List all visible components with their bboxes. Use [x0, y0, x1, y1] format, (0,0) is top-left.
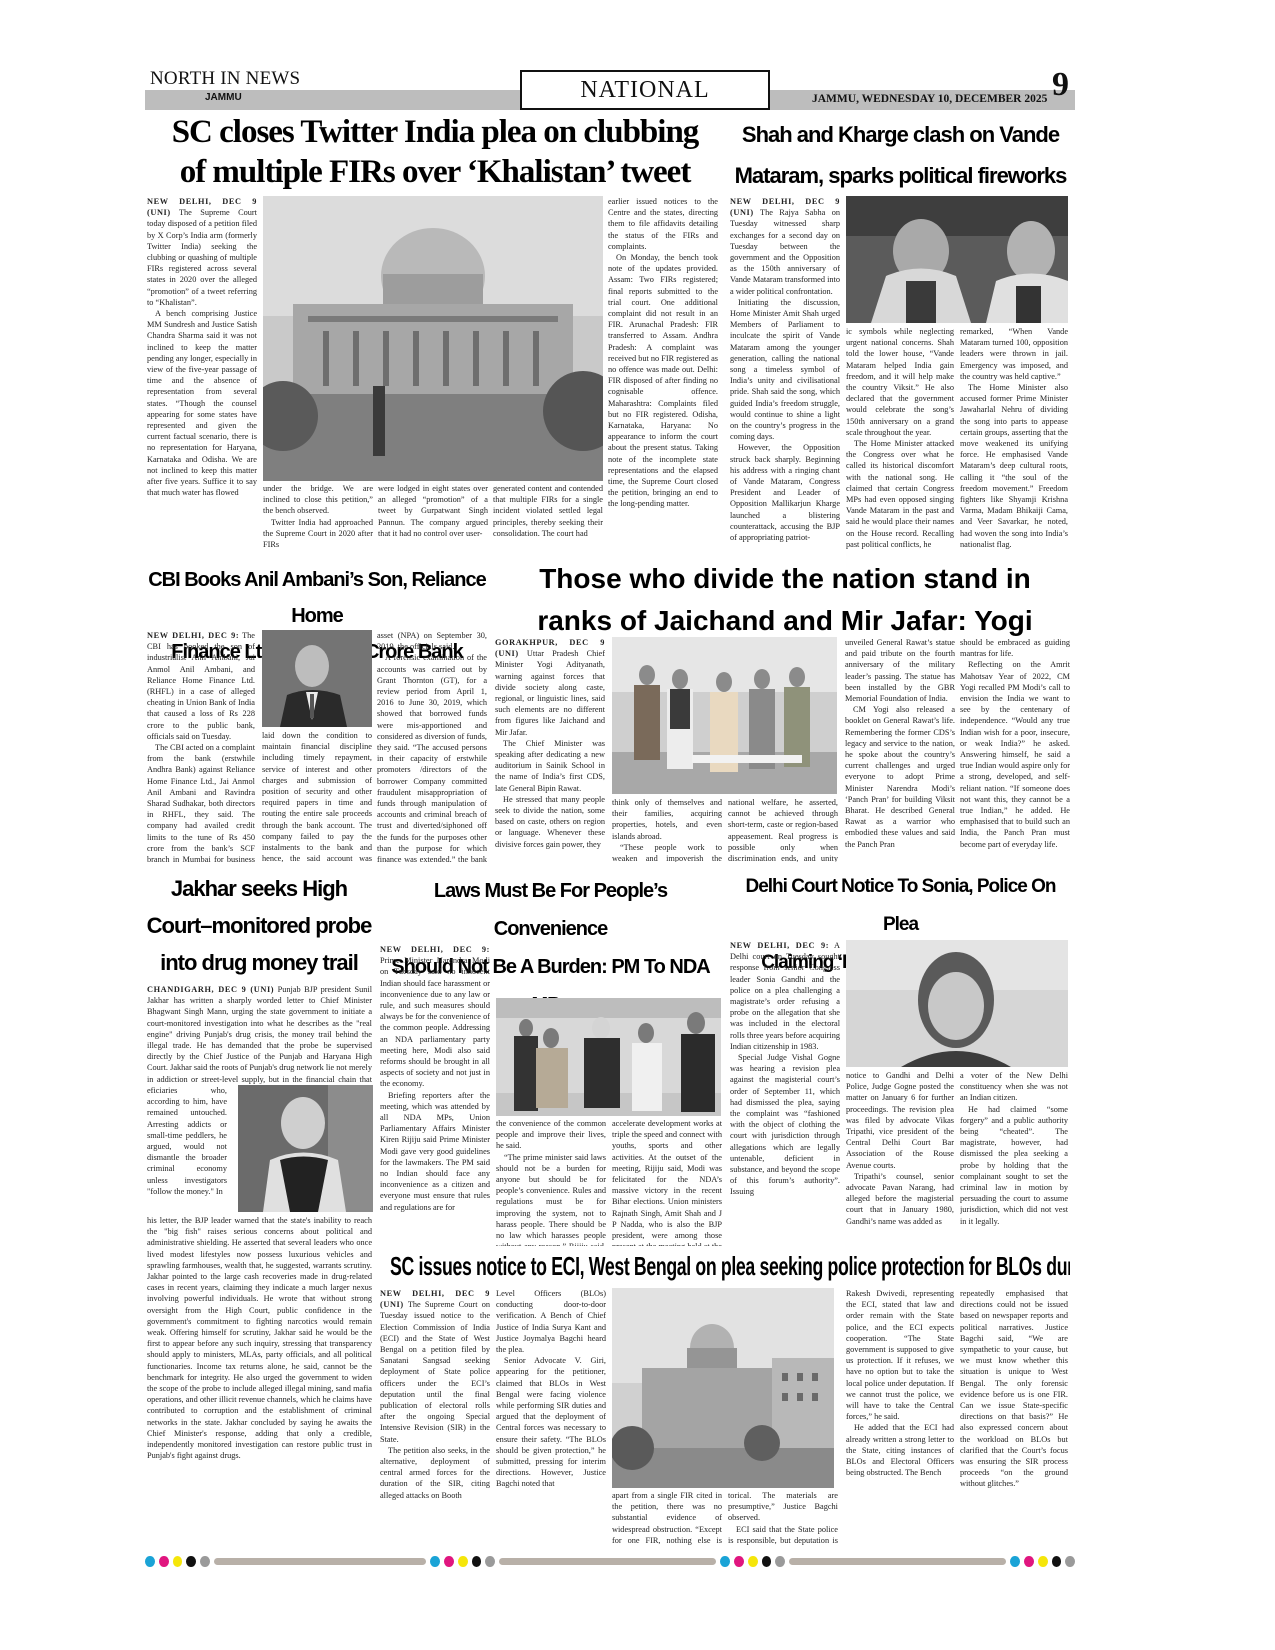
column-1: NEW DELHI, DEC 9: Prime Minister Narendr… [380, 944, 490, 1246]
headline-line-1: CBI Books Anil Ambani’s Son, Reliance Ho… [148, 562, 486, 634]
paragraph: eficiaries who, according to him, have r… [147, 1085, 227, 1197]
jai-anmol-photo [262, 630, 372, 727]
headline-line-1: SC closes Twitter India plea on clubbing [150, 112, 720, 152]
magenta-dot [444, 1556, 454, 1567]
supreme-court-photo [263, 196, 603, 481]
headline-line-2: Mataram, sparks political fireworks [728, 155, 1073, 196]
dateline: NEW DELHI, DEC 9: [147, 631, 239, 640]
headline: SC issues notice to ECI, West Bengal on … [390, 1250, 1070, 1282]
yellow-dot [173, 1556, 183, 1567]
cyan-dot [145, 1556, 155, 1567]
headline-line-2: of multiple FIRs over ‘Khalistan’ tweet [150, 152, 720, 192]
magenta-dot [1024, 1556, 1034, 1567]
divider-bar [499, 1558, 716, 1565]
headline: Jakhar seeks High Court–monitored probe … [145, 870, 373, 981]
yellow-dot [748, 1556, 758, 1567]
paragraph: The Home Minister also accused former Pr… [960, 382, 1068, 550]
paragraph: The Rajya Sabha on Tuesday witnessed sha… [730, 208, 840, 295]
headline-line: SC issues notice to ECI, West Bengal on … [390, 1250, 852, 1282]
gray-dot [200, 1556, 210, 1567]
paragraph: “These people work to weaken and impover… [612, 842, 722, 862]
paragraph: Uttar Pradesh Chief Minister Yogi Aditya… [495, 649, 605, 736]
black-dot [186, 1556, 196, 1567]
paragraph: Reflecting on the Amrit Mahotsav Year of… [960, 659, 1070, 849]
headline-line-2: ranks of Jaichand and Mir Jafar: Yogi [495, 600, 1075, 642]
black-dot [472, 1556, 482, 1567]
paragraph: Briefing reporters after the meeting, wh… [380, 1090, 490, 1213]
column-3: accelerate development works at triple t… [612, 1118, 722, 1246]
paragraph: The Supreme Court today disposed of a pe… [147, 208, 257, 307]
column-2: ic symbols while neglecting urgent natio… [846, 326, 954, 552]
section-title: NATIONAL [520, 70, 770, 110]
column-2: laid down the condition to maintain fina… [262, 730, 372, 862]
paper-city: JAMMU [205, 92, 242, 103]
sonia-photo [846, 940, 1068, 1067]
column-4: torical. The materials are presumptive,”… [728, 1490, 838, 1546]
yellow-dot [1038, 1556, 1048, 1567]
paragraph: national welfare, he asserted, cannot be… [728, 797, 838, 862]
paragraph: He had claimed “some forgery” and a publ… [960, 1104, 1068, 1227]
divider-bar [789, 1558, 1006, 1565]
paragraph: ic symbols while neglecting urgent natio… [846, 326, 954, 438]
column-6: repeatedly emphasised that directions co… [960, 1288, 1068, 1546]
column-3: national welfare, he asserted, cannot be… [728, 797, 838, 862]
paragraph: A forensic examination of the accounts w… [377, 652, 487, 862]
column-1: NEW DELHI, DEC 9: The CBI has booked the… [147, 630, 255, 862]
paragraph: notice to Gandhi and Delhi Police, Judge… [846, 1070, 954, 1171]
paragraph: think only of themselves and their famil… [612, 797, 722, 842]
paragraph: a voter of the New Delhi constituency wh… [960, 1070, 1068, 1104]
jakhar-photo [238, 1085, 373, 1212]
headline-line-3: into drug money trail [145, 944, 373, 981]
paragraph: The CBI acted on a complaint from the ba… [147, 742, 255, 862]
paragraph: The CBI has booked the son of industrial… [147, 631, 255, 741]
column-2: Level Officers (BLOs) conducting door-to… [496, 1288, 606, 1546]
paragraph: ECI said that the State police is respon… [728, 1524, 838, 1546]
divider-bar [214, 1558, 427, 1565]
column-4: generated content and contended that mul… [493, 483, 603, 551]
paragraph: apart from a single FIR cited in the pet… [612, 1490, 722, 1546]
column-1: NEW DELHI, DEC 9 (UNI) The Supreme Court… [380, 1288, 490, 1546]
column-3: apart from a single FIR cited in the pet… [612, 1490, 722, 1546]
paragraph: under the bridge. We are inclined to clo… [263, 483, 373, 517]
paragraph: should be embraced as guiding mantras fo… [960, 637, 1070, 659]
paragraph: CM Yogi also released a booklet on Gener… [845, 704, 955, 850]
column-2: the convenience of the common people and… [496, 1118, 606, 1246]
paragraph: However, the Opposition struck back shar… [730, 442, 840, 543]
paragraph: Tripathi’s counsel, senior advocate Pava… [846, 1171, 954, 1227]
paragraph: unveiled General Rawat’s statue and paid… [845, 637, 955, 704]
paragraph: He stressed that many people seek to div… [495, 794, 605, 850]
column-5: should be embraced as guiding mantras fo… [960, 637, 1070, 862]
paragraph: Level Officers (BLOs) conducting door-to… [496, 1288, 606, 1355]
cyan-dot [1010, 1556, 1020, 1567]
headline-line-1: Those who divide the nation stand in [495, 558, 1075, 600]
column-2: under the bridge. We are inclined to clo… [263, 483, 373, 551]
kharge-shah-photo [846, 196, 1068, 323]
narrow-column: eficiaries who, according to him, have r… [147, 1085, 227, 1215]
paragraph: Rakesh Dwivedi, representing the ECI, st… [846, 1288, 954, 1422]
column-3: a voter of the New Delhi constituency wh… [960, 1070, 1068, 1246]
column-1: NEW DELHI, DEC 9 (UNI) The Supreme Court… [147, 196, 257, 548]
cyan-dot [720, 1556, 730, 1567]
paper-name: NORTH IN NEWS [150, 68, 300, 90]
paragraph: repeatedly emphasised that directions co… [960, 1288, 1068, 1490]
supreme-court-photo-2 [612, 1288, 834, 1488]
yogi-event-photo [612, 637, 837, 794]
footer-registration-strip [145, 1555, 1075, 1567]
paragraph: Twitter India had approached the Supreme… [263, 517, 373, 551]
paragraph: laid down the condition to maintain fina… [262, 730, 372, 862]
paragraph: generated content and contended that mul… [493, 483, 603, 539]
column-3: remarked, “When Vande Mataram turned 100… [960, 326, 1068, 552]
gray-dot [485, 1556, 495, 1567]
page-number: 9 [1052, 66, 1069, 104]
paragraph: Initiating the discussion, Home Minister… [730, 297, 840, 443]
headline: SC closes Twitter India plea on clubbing… [150, 112, 720, 192]
headline: Those who divide the nation stand in ran… [495, 558, 1075, 642]
magenta-dot [159, 1556, 169, 1567]
column-2: notice to Gandhi and Delhi Police, Judge… [846, 1070, 954, 1246]
black-dot [1052, 1556, 1062, 1567]
paragraph: remarked, “When Vande Mataram turned 100… [960, 326, 1068, 382]
paragraph: A Delhi court on Tuesday sought response… [730, 941, 840, 1051]
paragraph: He added that the ECI had already writte… [846, 1422, 954, 1478]
headline-line-1: Jakhar seeks High [145, 870, 373, 907]
headline-line-2: Court–monitored probe [145, 907, 373, 944]
paragraph: torical. The materials are presumptive,”… [728, 1490, 838, 1524]
headline: Shah and Kharge clash on Vande Mataram, … [728, 114, 1073, 196]
paragraph: accelerate development works at triple t… [612, 1118, 722, 1246]
headline-line-1: Laws Must Be For People’s Convenience [378, 872, 723, 948]
column-5: earlier issued notices to the Centre and… [608, 196, 718, 551]
paragraph: asset (NPA) on September 30, 2019, the o… [377, 630, 487, 652]
yellow-dot [458, 1556, 468, 1567]
paragraph: Senior Advocate V. Giri, appearing for t… [496, 1355, 606, 1489]
dateline: CHANDIGARH, DEC 9 (UNI) [147, 985, 274, 994]
paragraph: The Supreme Court on Tuesday issued noti… [380, 1300, 490, 1443]
paragraph: Punjab BJP president Sunil Jakhar has wr… [147, 985, 372, 1084]
paragraph: his letter, the BJP leader warned that t… [147, 1215, 372, 1461]
column-3: were lodged in eight states over an alle… [378, 483, 488, 551]
magenta-dot [734, 1556, 744, 1567]
paragraph: “The prime minister said laws should not… [496, 1152, 606, 1246]
headline-line-1: Shah and Kharge clash on Vande [728, 114, 1073, 155]
column-3: asset (NPA) on September 30, 2019, the o… [377, 630, 487, 862]
paragraph: The Home Minister attacked the Congress … [846, 438, 954, 550]
paragraph: earlier issued notices to the Centre and… [608, 196, 718, 252]
column-5: Rakesh Dwivedi, representing the ECI, st… [846, 1288, 954, 1546]
paragraph: Prime Minister Narendra Modi on Tuesday … [380, 956, 490, 1088]
black-dot [762, 1556, 772, 1567]
dateline: NEW DELHI, DEC 9: [380, 945, 490, 954]
headline-line-1: Delhi Court Notice To Sonia, Police On P… [728, 868, 1073, 944]
column-4: unveiled General Rawat’s statue and paid… [845, 637, 955, 862]
gray-dot [1065, 1556, 1075, 1567]
modi-nda-photo [496, 998, 721, 1116]
paragraph: On Monday, the bench took note of the up… [608, 252, 718, 510]
paragraph: The petition also seeks, in the alternat… [380, 1445, 490, 1501]
gray-dot [775, 1556, 785, 1567]
paragraph: the convenience of the common people and… [496, 1118, 606, 1152]
column-2: think only of themselves and their famil… [612, 797, 722, 862]
cyan-dot [430, 1556, 440, 1567]
paragraph: A bench comprising Justice MM Sundresh a… [147, 308, 257, 498]
column-1: NEW DELHI, DEC 9 (UNI) The Rajya Sabha o… [730, 196, 840, 552]
paragraph: were lodged in eight states over an alle… [378, 483, 488, 539]
body-column: his letter, the BJP leader warned that t… [147, 1215, 372, 1505]
column-1: GORAKHPUR, DEC 9 (UNI) Uttar Pradesh Chi… [495, 637, 605, 862]
issue-date: JAMMU, WEDNESDAY 10, DECEMBER 2025 [812, 93, 1047, 105]
dateline: NEW DELHI, DEC 9: [730, 941, 829, 950]
column-1: NEW DELHI, DEC 9: A Delhi court on Tuesd… [730, 940, 840, 1246]
paragraph: The Chief Minister was speaking after de… [495, 738, 605, 794]
lead-paragraph: CHANDIGARH, DEC 9 (UNI) Punjab BJP presi… [147, 984, 372, 1084]
paragraph: Special Judge Vishal Gogne was hearing a… [730, 1052, 840, 1198]
